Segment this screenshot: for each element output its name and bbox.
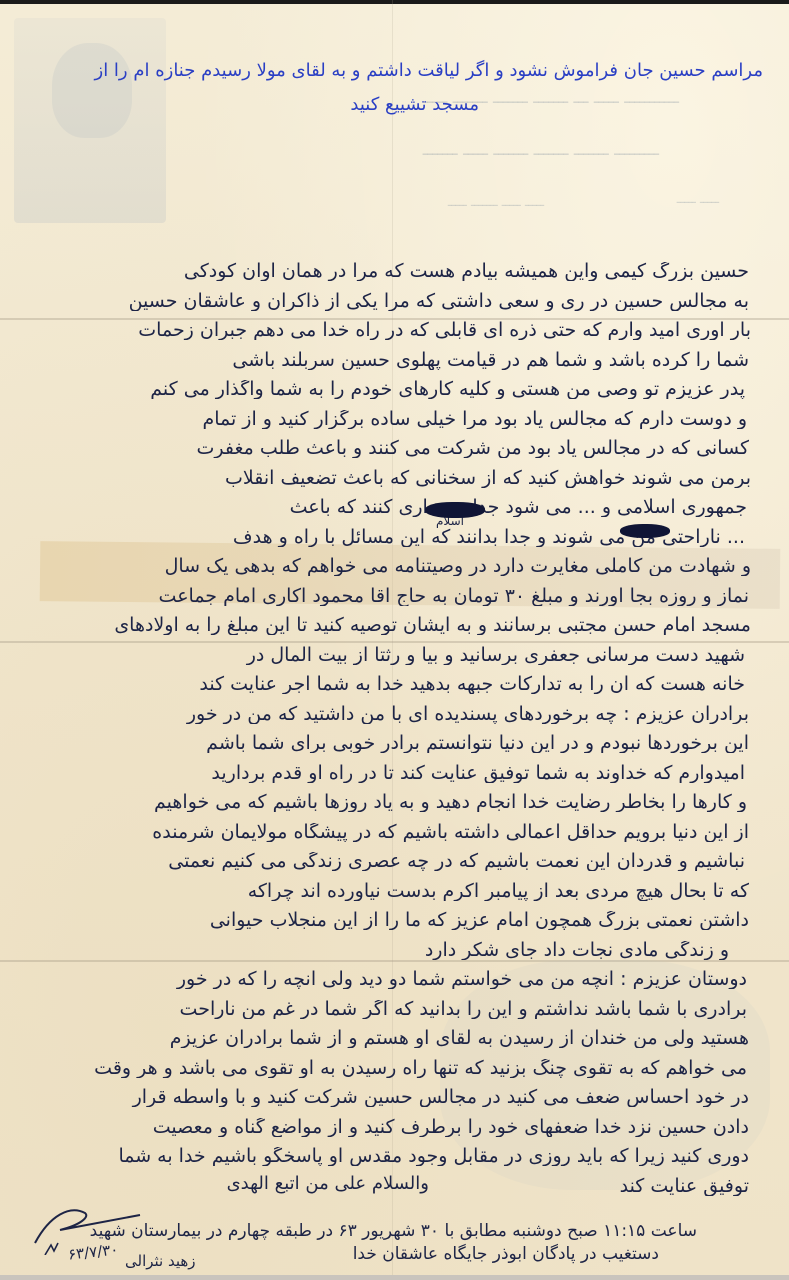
letterhead-print-line: ـــــــــ ـــــــ ـــــــ ـــــــ ـــــ … <box>423 140 659 160</box>
letter-body-line: نماز و روزه بجا آورند و مبلغ ۳۰ تومان به… <box>49 587 749 606</box>
crossed-out-word <box>620 524 670 538</box>
letter-body-line: خانه هست که آن را به تدارکات جبهه بدهید … <box>65 675 745 694</box>
letter-body-line: دوری کنید زیرا که باید روزی در مقابل وجو… <box>39 1147 749 1166</box>
letter-body-line: امیدوارم که خداوند به شما توفیق عنایت کن… <box>55 764 745 783</box>
letter-body-line: به مجالس حسین در ری و سعی داشتی که مرا ی… <box>44 292 749 311</box>
letter-body-line: حسین بزرگ کیمی واین همیشه بیادم هست که م… <box>59 262 749 281</box>
letter-body-line: پدر عزیزم تو وصی من هستی و کلیه کارهای خ… <box>65 380 745 399</box>
signature-name: زهید نثرالی <box>125 1252 196 1270</box>
footer-line: دستغیب در پادگان ابوذر جایگاه عاشقان خدا <box>353 1246 659 1263</box>
letter-body-line: این برخوردها نبودم و در این دنیا نتوانست… <box>99 734 749 753</box>
letterhead-print-signature: ـــــ ـــــ ـــــــ ـــــ <box>448 195 544 210</box>
letter-body-line: بار آوری امید وارم که حتی ذره ای قابلی ک… <box>61 321 751 340</box>
fold-crease <box>0 318 789 320</box>
portrait-silhouette <box>52 43 132 138</box>
letter-body-line: و کارها را بخاطر رضایت خدا انجام دهید و … <box>47 793 747 812</box>
scanned-letter-page: ـــــــــــ ـــــ ـــ ـــــــ ـــــــ ــ… <box>0 0 789 1280</box>
letter-body-line: از این دنیا برویم حداقل اعمالی داشته باش… <box>49 823 749 842</box>
letter-body-line: برادران عزیزم : چه برخوردهای پسندیده ای … <box>69 705 749 724</box>
letter-body-line: کسانی که در مجالس یاد بود من شرکت می کنن… <box>79 439 749 458</box>
letter-body-line: توفیق عنایت کند <box>509 1177 749 1196</box>
letter-body-line: می خواهم که به تقوی چنگ بزنید که تنها را… <box>37 1059 747 1078</box>
letter-body-line: در خود احساس ضعف می کنید در مجالس حسین ش… <box>49 1088 749 1107</box>
letter-body-line: که تا بحال هیچ مردی بعد از پیامبر اکرم ب… <box>69 882 749 901</box>
letter-body-line: و زندگی مادی نجات داد جای شکر دارد <box>99 941 729 960</box>
header-note-line: مراسم حسین جان فراموش نشود و اگر لیاقت د… <box>95 62 764 80</box>
letter-body-line: برادری با شما باشد نداشتم و این را بدانی… <box>57 1000 747 1019</box>
letter-body-line: مسجد امام حسن مجتبی برسانند و به ایشان ت… <box>36 616 751 635</box>
footer-line: ساعت ۱۱:۱۵ صبح دوشنبه مطابق با ۳۰ شهریور… <box>90 1223 697 1240</box>
closing-salutation: والسلام علی من اتبع الهدی <box>227 1175 429 1193</box>
scan-bottom-edge <box>0 1275 789 1280</box>
letter-body-line: برمن می شوند خواهش کنید که از سخنانی که … <box>71 469 751 488</box>
letter-body-line: دادن حسین نزد خدا ضعفهای خود را برطرف کن… <box>49 1118 749 1137</box>
letter-body-line: و دوست دارم که مجالس یاد بود مرا خیلی سا… <box>67 410 747 429</box>
crossed-out-word <box>425 502 485 518</box>
fold-crease <box>0 641 789 643</box>
signature-date: ۶۳/۷/۳۰ <box>67 1240 119 1263</box>
letter-body-line: شهید دست مرسانی جعفری برسانید و بیا و رث… <box>55 646 745 665</box>
fold-crease <box>0 960 789 962</box>
letter-body-line: داشتن نعمتی بزرگ همچون امام عزیز که ما ر… <box>59 911 749 930</box>
letterhead-print-signature: ـــــ ـــــ <box>677 192 719 207</box>
letter-body-line: شما را کرده باشد و شما هم در قیامت پهلوی… <box>89 351 749 370</box>
header-note-line: مسجد تشییع کنید <box>350 96 479 114</box>
letter-body-line: دوستان عزیزم : آنچه من می خواستم شما دو … <box>67 970 747 989</box>
scan-top-edge <box>0 0 789 4</box>
letter-body-line: جمهوری اسلامی و ... می شود جدا خودداری ک… <box>87 498 747 517</box>
letter-body-line: هستید ولی من خندان از رسیدن به لقای او ه… <box>49 1029 749 1048</box>
letter-body-line: و شهادت من کاملی مغایرت دارد در وصیتنامه… <box>51 557 751 576</box>
letterhead-photo-watermark <box>14 18 166 223</box>
letter-body-line: نباشیم و قدردان این نعمت باشیم که در چه … <box>45 852 745 871</box>
